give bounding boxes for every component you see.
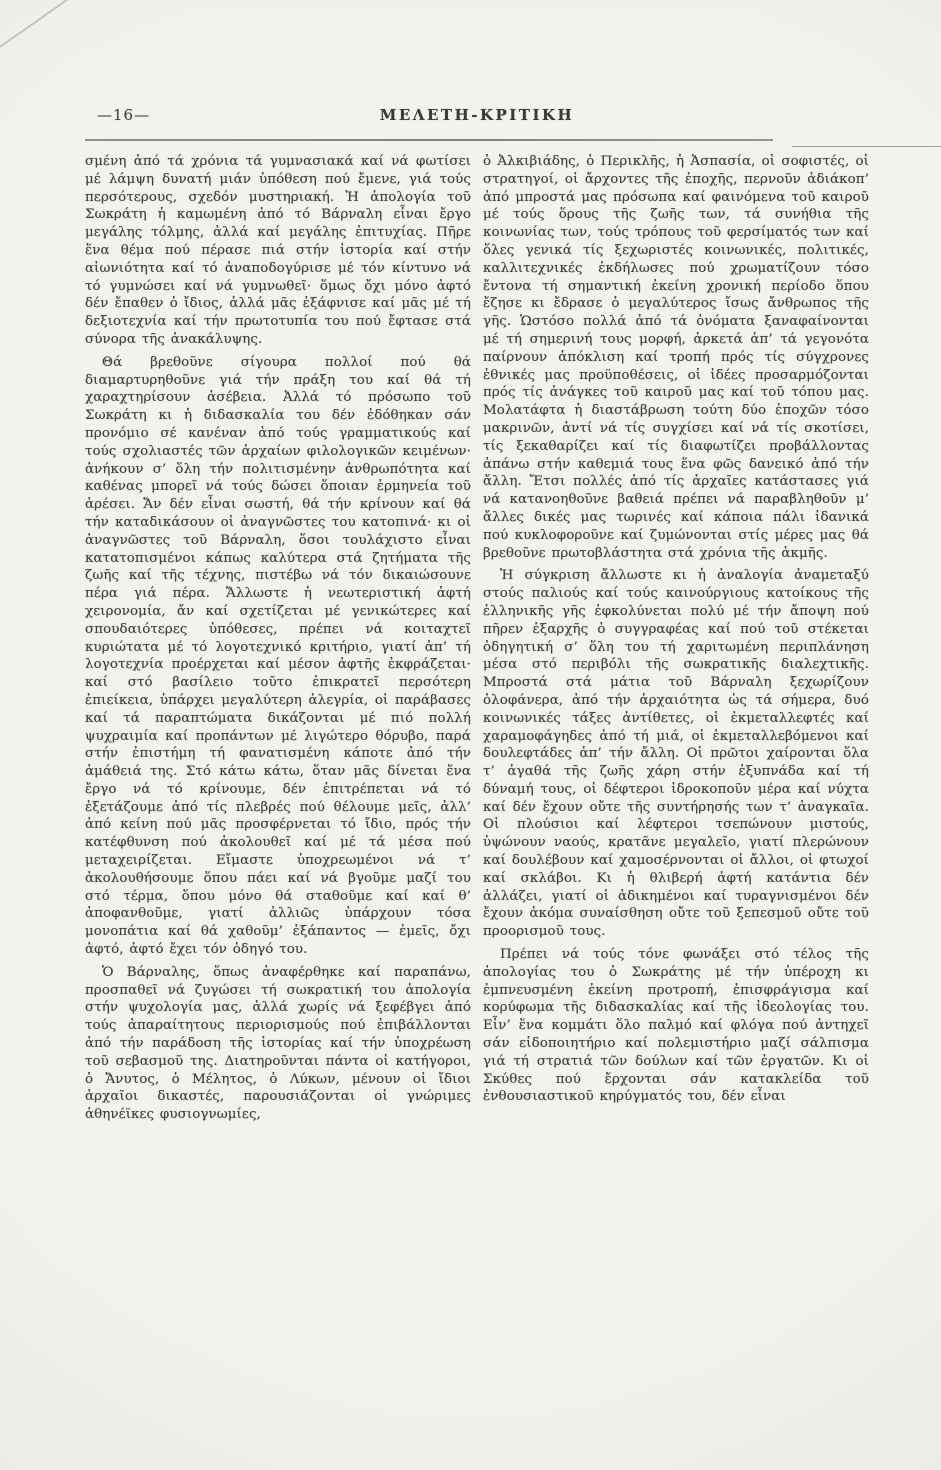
paragraph: Θά βρεθοῦνε σίγουρα πολλοί πού θά διαμαρ… (85, 354, 471, 959)
left-column: σμένη ἀπό τά χρόνια τά γυμνασιακά καί νά… (85, 153, 471, 1124)
corner-scan-artifact-line (0, 0, 72, 50)
paragraph: Πρέπει νά τούς τόνε φωνάξει στό τέλος τῆ… (483, 946, 869, 1106)
running-header-title: ΜΕΛΕΤΗ-ΚΡΙΤΙΚΗ (85, 106, 869, 124)
header-rule-right-segment (792, 146, 941, 147)
scanned-book-page: —16— ΜΕΛΕΤΗ-ΚΡΙΤΙΚΗ σμένη ἀπό τά χρόνια … (0, 0, 941, 1470)
header-rule-main (85, 139, 773, 141)
paragraph: Ὁ Βάρναλης, ὅπως ἀναφέρθηκε καί παραπάνω… (85, 964, 471, 1124)
right-column: ὁ Ἀλκιβιάδης, ὁ Περικλῆς, ἡ Ἀσπασία, οἱ … (483, 153, 869, 1124)
paragraph: Ἡ σύγκριση ἄλλωστε κι ἡ ἀναλογία ἀναμετα… (483, 567, 869, 941)
text-block: σμένη ἀπό τά χρόνια τά γυμνασιακά καί νά… (85, 153, 869, 1124)
paragraph: σμένη ἀπό τά χρόνια τά γυμνασιακά καί νά… (85, 153, 471, 349)
paragraph: ὁ Ἀλκιβιάδης, ὁ Περικλῆς, ἡ Ἀσπασία, οἱ … (483, 153, 869, 562)
